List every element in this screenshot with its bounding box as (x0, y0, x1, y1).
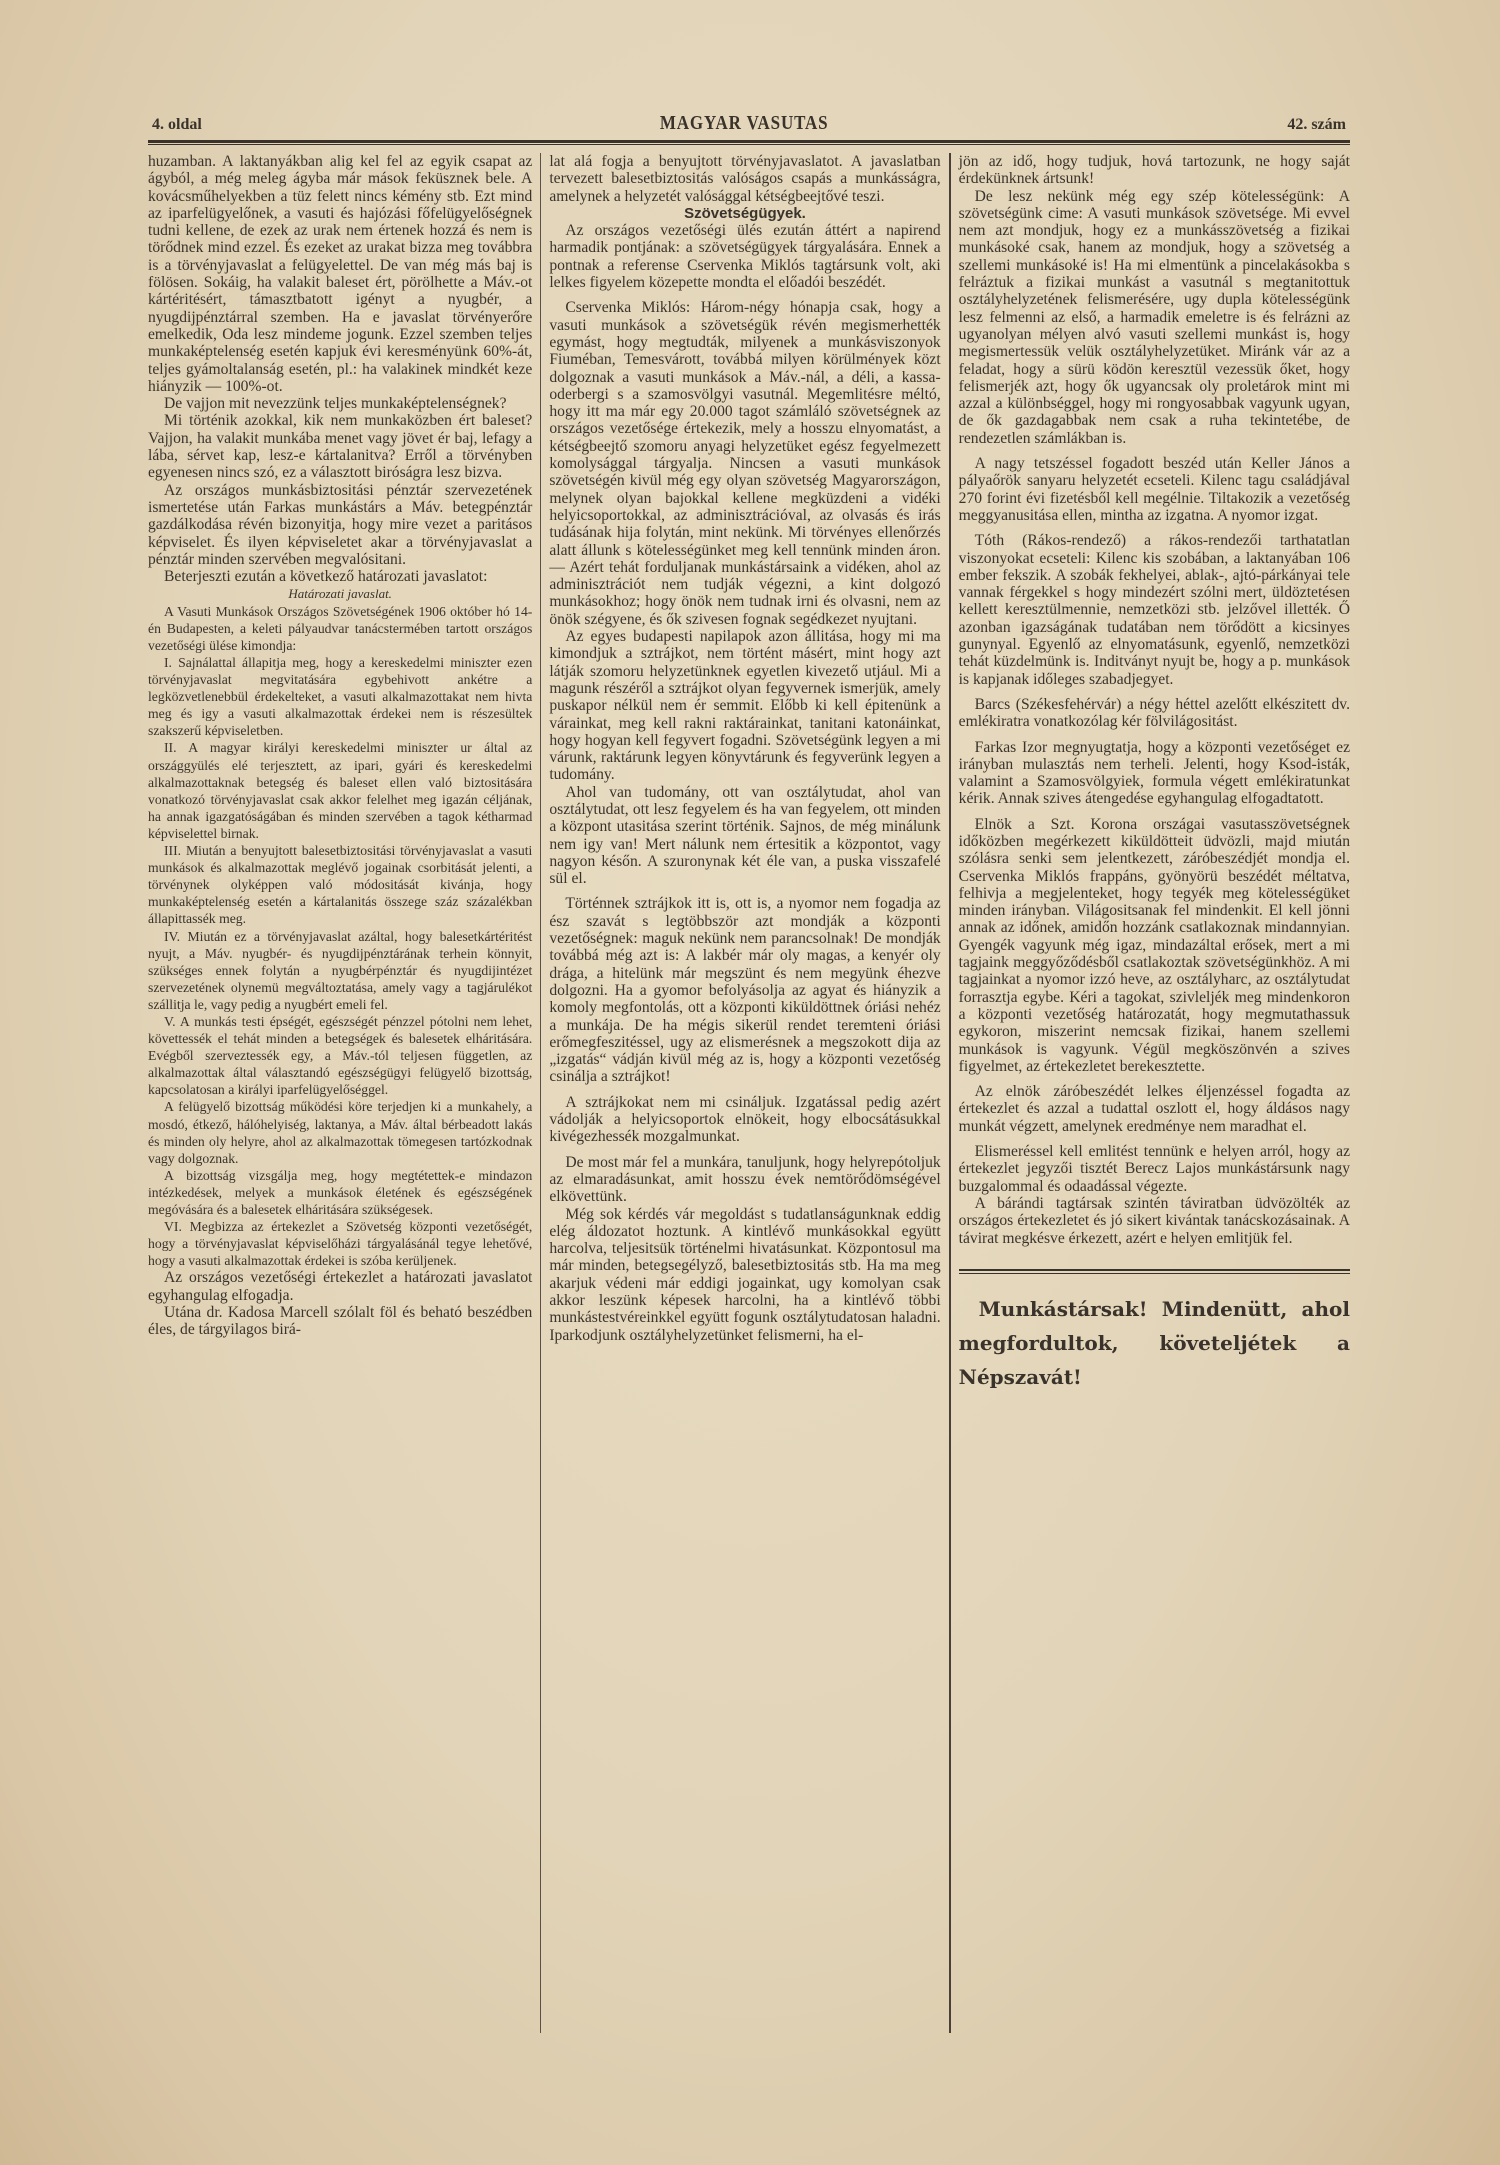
paragraph: Elnök a Szt. Korona országai vasutasszöv… (959, 816, 1350, 1075)
paragraph: jön az idő, hogy tudjuk, hová tartozunk,… (959, 153, 1350, 188)
column-3: jön az idő, hogy tudjuk, hová tartozunk,… (949, 153, 1350, 2033)
paragraph: huzamban. A laktanyákban alig kel fel az… (148, 153, 532, 395)
paragraph: Az egyes budapesti napilapok azon állitá… (549, 628, 940, 784)
columns: huzamban. A laktanyákban alig kel fel az… (148, 153, 1350, 2033)
paragraph: De most már fel a munkára, tanuljunk, ho… (549, 1154, 940, 1206)
page-header: 4. oldal MAGYAR VASUTAS 42. szám (148, 112, 1350, 138)
column-2: lat alá fogja a benyujtott törvényjavasl… (540, 153, 948, 2033)
section-divider (959, 1269, 1350, 1274)
paragraph: Mi történik azokkal, kik nem munkaközben… (148, 412, 532, 481)
header-rule (148, 140, 1350, 145)
column-1: huzamban. A laktanyákban alig kel fel az… (148, 153, 540, 2033)
paragraph: Ahol van tudomány, ott van osztálytudat,… (549, 784, 940, 888)
paragraph: Még sok kérdés vár megoldást s tudatlans… (549, 1206, 940, 1344)
resolution-paragraph: II. A magyar királyi kereskedelmi minisz… (148, 739, 532, 842)
issue-number: 42. szám (1287, 116, 1346, 134)
paragraph: A nagy tetszéssel fogadott beszéd után K… (959, 455, 1350, 524)
paragraph: Cservenka Miklós: Három-négy hónapja csa… (549, 299, 940, 628)
paragraph: Elismeréssel kell emlitést tennünk e hel… (959, 1143, 1350, 1195)
paragraph: Farkas Izor megnyugtatja, hogy a központ… (959, 739, 1350, 808)
paragraph: Az elnök záróbeszédét lelkes éljenzéssel… (959, 1083, 1350, 1135)
paragraph: A bárándi tagtársak szintén táviratban ü… (959, 1195, 1350, 1247)
paragraph: lat alá fogja a benyujtott törvényjavasl… (549, 153, 940, 205)
paragraph: A sztrájkokat nem mi csináljuk. Izgatáss… (549, 1094, 940, 1146)
resolution-paragraph: VI. Megbizza az értekezlet a Szövetség k… (148, 1218, 532, 1269)
resolution-paragraph: III. Miután a benyujtott balesetbiztosit… (148, 842, 532, 927)
paragraph: Tóth (Rákos-rendező) a rákos-rendezői ta… (959, 532, 1350, 688)
nepszava-advertisement: Munkástársak! Mindenütt, ahol megfordult… (959, 1292, 1350, 1394)
newspaper-page: 4. oldal MAGYAR VASUTAS 42. szám huzamba… (148, 112, 1350, 2033)
paragraph: Beterjeszti ezután a következő határozat… (148, 568, 532, 585)
resolution-paragraph: IV. Miután ez a törvényjavaslat azáltal,… (148, 928, 532, 1013)
resolution-paragraph: I. Sajnálattal állapitja meg, hogy a ker… (148, 654, 532, 739)
resolution-paragraph: V. A munkás testi épségét, egészségét pé… (148, 1013, 532, 1098)
resolution-title: Határozati javaslat. (148, 585, 532, 602)
resolution-paragraph: A felügyelő bizottság működési köre terj… (148, 1098, 532, 1166)
page-number: 4. oldal (152, 116, 202, 134)
resolution-paragraph: A bizottság vizsgálja meg, hogy megtétet… (148, 1167, 532, 1218)
masthead-title: MAGYAR VASUTAS (660, 112, 829, 135)
paragraph: Barcs (Székesfehérvár) a négy héttel aze… (959, 696, 1350, 731)
paragraph: Az országos vezetőségi értekezlet a hatá… (148, 1269, 532, 1304)
paragraph: De lesz nekünk még egy szép kötelességün… (959, 188, 1350, 447)
paragraph: Az országos vezetőségi ülés ezután áttér… (549, 222, 940, 291)
paragraph: Utána dr. Kadosa Marcell szólalt föl és … (148, 1304, 532, 1339)
resolution-paragraph: A Vasuti Munkások Országos Szövetségének… (148, 603, 532, 654)
section-heading: Szövetségügyek. (549, 205, 940, 222)
paragraph: De vajjon mit nevezzünk teljes munkaképt… (148, 395, 532, 412)
paragraph: Történnek sztrájkok itt is, ott is, a ny… (549, 895, 940, 1085)
paragraph: Az országos munkásbiztositási pénztár sz… (148, 482, 532, 568)
resolution-text: A Vasuti Munkások Országos Szövetségének… (148, 603, 532, 1270)
